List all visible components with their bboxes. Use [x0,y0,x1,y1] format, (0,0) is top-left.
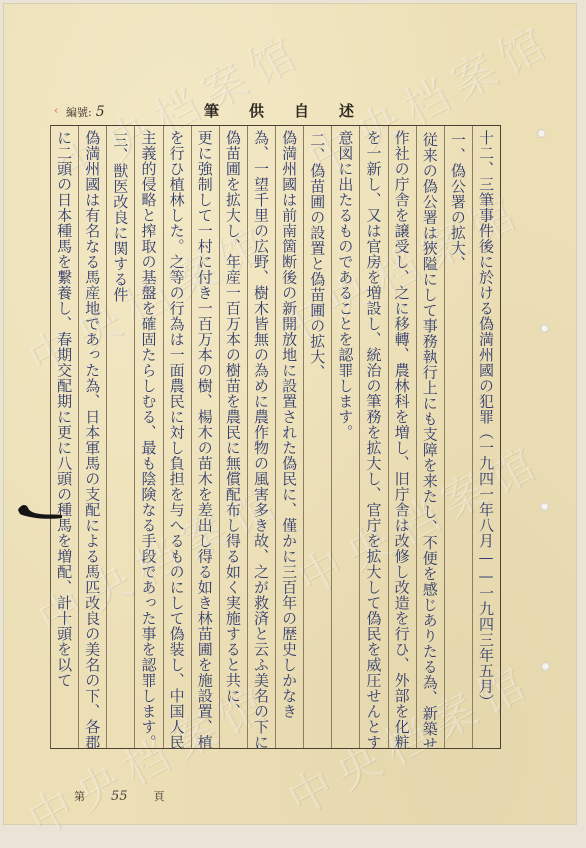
title-char: 供 [249,100,264,121]
text-column: 一、偽公署の拡大、 [444,126,472,748]
title-char: 自 [294,100,309,121]
punch-hole [541,662,550,671]
text-column: 作社の庁舎を譲受し、之に移轉、農林科を増し、旧庁舎は改修し改造を行ひ、外部を化粧… [388,126,416,748]
punch-hole [537,129,546,138]
red-mark-icon: ‹ [54,104,58,117]
text-column: 十二、三筆事件後に於ける偽満州國の犯罪（一九四一年八月——一九四三年五月） [472,126,500,748]
document-page: 中央档案馆 中央档案馆 中央档案馆 中央档案馆 中央档案馆 中央档案馆 中央档案… [4,4,576,824]
text-column: 更に強制して一村に付き一百万本の樹、楊木の苗木を差出し得る如き林苗圃を施設置、植… [191,126,219,748]
title-char: 述 [339,100,354,121]
serial-number-label: 編號:5 [66,104,105,120]
title-char: 筆 [204,100,219,121]
ruled-manuscript-grid: 十二、三筆事件後に於ける偽満州國の犯罪（一九四一年八月——一九四三年五月） 一、… [50,125,501,749]
text-column: に二頭の日本種馬を繋養し、春期交配期に更に八頭の種馬を増配、計十頭を以て [51,126,78,748]
text-column: を行ひ植林した。之等の行為は一面農民に対し負担を与へるものにして偽装し、中国人民… [163,126,191,748]
text-column: 三、獣医改良に関する件 [106,126,134,748]
punch-hole [540,502,549,511]
page-suffix: 頁 [154,788,165,804]
punch-hole [540,324,549,333]
text-column: 従来の偽公署は狹隘にして事務執行上にも支障を来たし、不便を感じありたる為、新築せ… [416,126,444,748]
text-column: 偽苗圃を拡大し、年産一百万本の樹苗を農民に無償配布し得る如く実施すると共に、 [219,126,247,748]
page-footer: 第 55 頁 [74,788,165,804]
text-column: 偽満州國は前南箇断後の新開放地に設置された偽民に、僅かに三百年の歴史しかなき [275,126,303,748]
serial-label: 編號: [66,106,92,119]
text-column: 主義的侵略と搾取の基盤を確固たらしむる、最も陰険なる手段であった事を認罪します。 [134,126,162,748]
document-title: 筆 供 自 述 [204,100,354,121]
text-column: 偽満州國は有名なる馬産地であった為、日本軍馬の支配による馬匹改良の美名の下、各郡 [78,126,106,748]
page-prefix: 第 [74,788,85,804]
text-column: 為、一望千里の広野、樹木皆無の為めに農作物の風害多き故、之が救済と云ふ美名の下に… [247,126,275,748]
page-number: 55 [111,789,128,804]
text-column: 二、偽苗圃の設置と偽苗圃の拡大、 [303,126,331,748]
text-column: 意図に出たるものであることを認罪します。 [331,126,359,748]
serial-number: 5 [96,104,105,120]
text-column: を一新し、又は官房を増設し、統治の筆務を拡大し、官庁を拡大して偽民を威圧せんとす… [359,126,387,748]
ink-blot [16,504,64,522]
